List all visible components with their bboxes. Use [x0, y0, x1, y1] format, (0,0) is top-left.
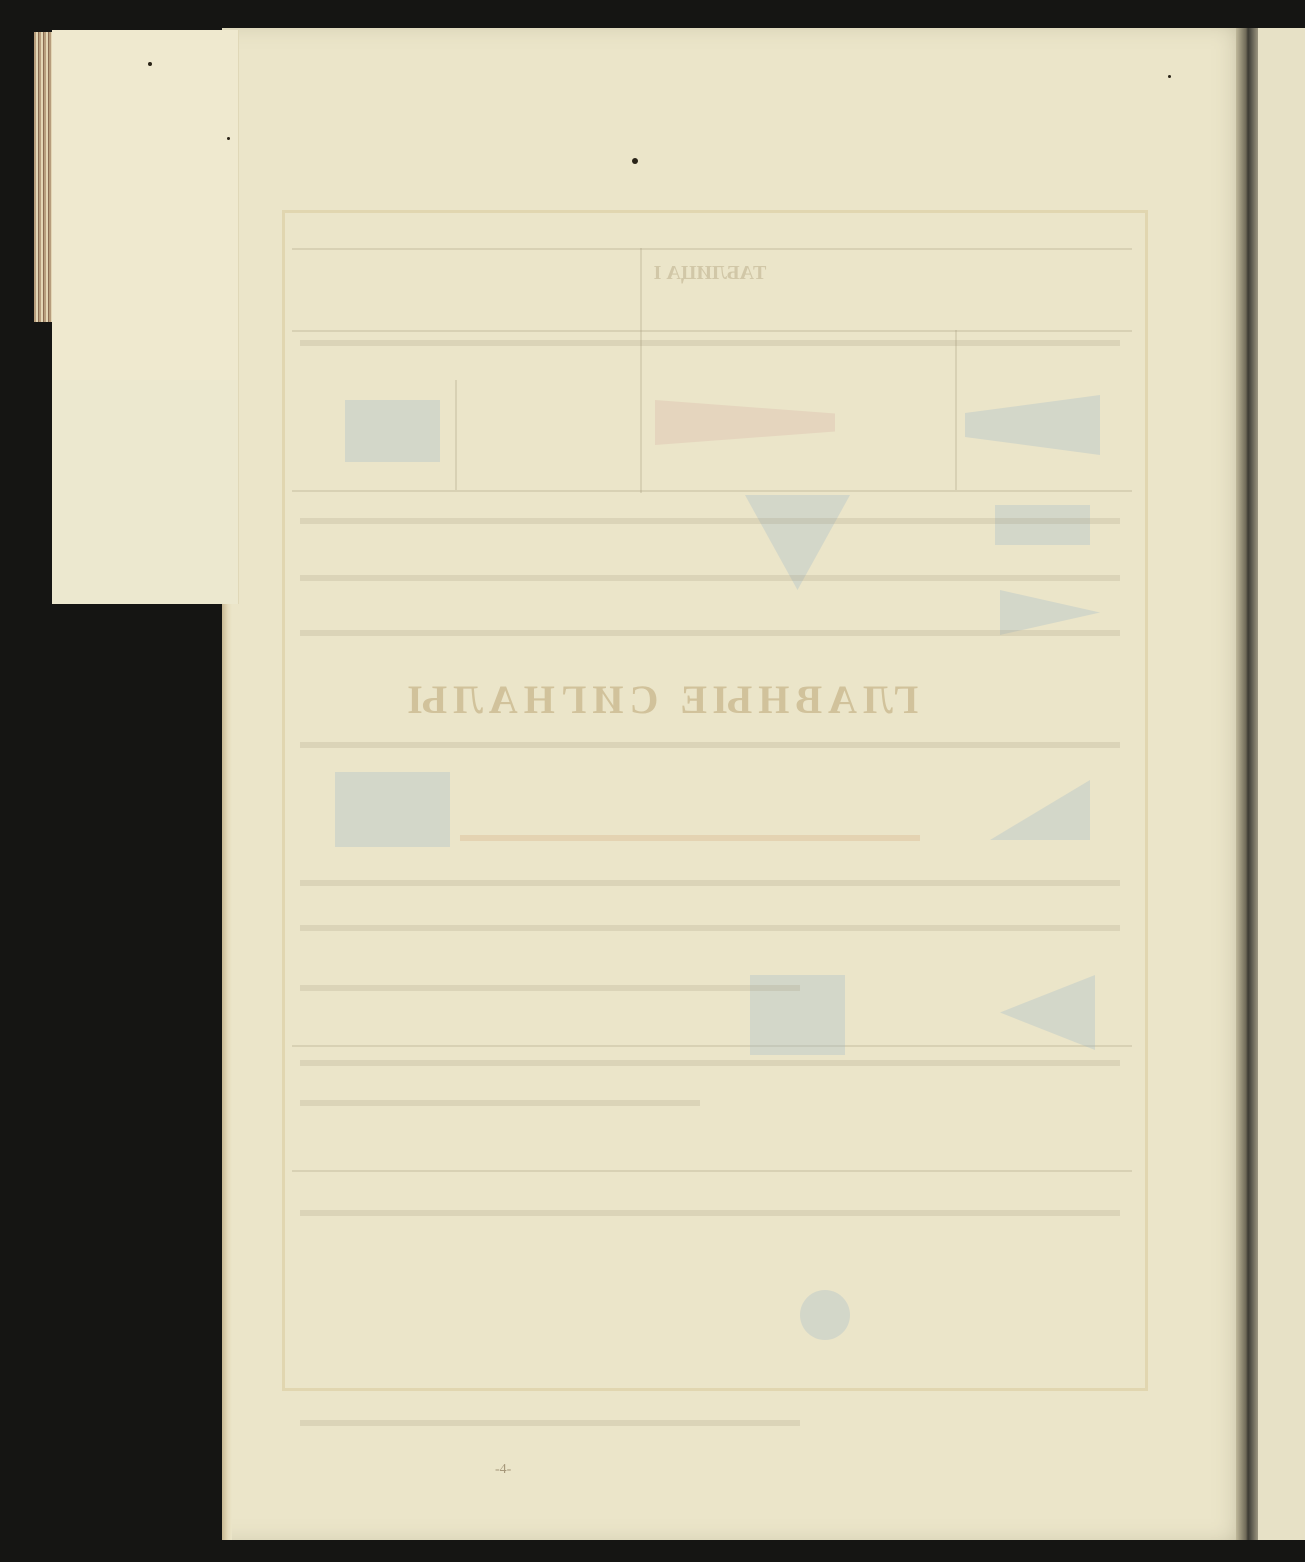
bleed-through-table-line [955, 330, 957, 490]
facing-page-edge [1258, 28, 1305, 1540]
bleed-through-table-line [292, 1170, 1132, 1172]
bleed-through-text-line [300, 925, 1120, 931]
bleed-through-text-line [460, 835, 920, 841]
bleed-through-text-line [300, 1100, 700, 1106]
bleed-through-text-line [300, 340, 1120, 346]
paper-speck [1168, 75, 1171, 78]
book-gutter [1236, 28, 1258, 1540]
bleed-through-heading: ТАБЛИЦА I [600, 262, 820, 285]
bleed-through-title: ГЛАВНЫЕ СИГНАЛЫ [400, 676, 920, 723]
bleed-through-text-line [300, 630, 1120, 636]
bleed-through-text-line [300, 1210, 1120, 1216]
paper-speck [227, 137, 230, 140]
bleed-through-text-line [300, 518, 1120, 524]
bleed-through-flag [995, 505, 1090, 545]
page-stack-edge [222, 600, 232, 1540]
bleed-through-table-line [292, 490, 1132, 492]
foldout-flap-lower [52, 380, 238, 604]
bleed-through-table-line [292, 1045, 1132, 1047]
folded-edges [34, 32, 52, 322]
paper-speck [632, 158, 638, 164]
bleed-through-text-line [300, 880, 1120, 886]
bleed-through-text-line [300, 1060, 1120, 1066]
bleed-through-table-line [455, 380, 457, 490]
paper-speck [148, 62, 152, 66]
bleed-through-text-line [300, 575, 1120, 581]
bleed-through-text-line [300, 985, 800, 991]
bleed-through-text-line [300, 742, 1120, 748]
bleed-through-flag [335, 772, 450, 847]
page-mark: -4- [495, 1462, 511, 1478]
bleed-through-table-line [292, 248, 1132, 250]
bleed-through-ball [800, 1290, 850, 1340]
bleed-through-flag [345, 400, 440, 462]
bleed-through-table-line [292, 330, 1132, 332]
bleed-through-text-line [300, 1420, 800, 1426]
